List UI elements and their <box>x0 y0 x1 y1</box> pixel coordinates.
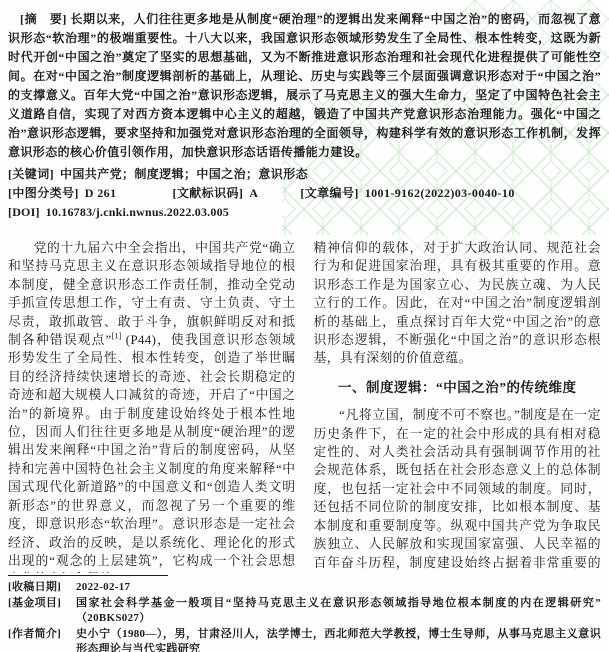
fund-project-value: 国家社会科学基金一般项目“坚持马克思主义在意识形态领域指导地位根本制度的内在逻辑… <box>76 597 601 625</box>
author-bio-label: [作者简介] <box>8 627 61 643</box>
paragraph-2: “凡将立国，制度不可不察也。”制度是在一定历史条件下，在一定的社会中形成的具有相… <box>314 406 602 573</box>
section-heading-1: 一、制度逻辑：“中国之治”的传统维度 <box>314 379 602 397</box>
clc-value: D 261 <box>85 186 117 200</box>
paragraph-1-text-pre: 党的十九届六中全会指出，中国共产党“确立和坚持马克思主义在意识形态领域指导地位的… <box>8 241 296 347</box>
body-columns: 党的十九届六中全会指出，中国共产党“确立和坚持马克思主义在意识形态领域指导地位的… <box>8 239 601 573</box>
doi-label: [DOI] <box>8 205 40 219</box>
footnote-divider <box>8 575 168 576</box>
paragraph-1-continuation: 精神信仰的载体，对于扩大政治认同、规范社会行为和促进国家治理，具有极其重要的作用… <box>314 239 602 368</box>
fund-project: [基金项目]国家社会科学基金一般项目“坚持马克思主义在意识形态领域指导地位根本制… <box>8 596 601 627</box>
keywords-line: [关键词]中国共产党；制度逻辑；中国之治；意识形态 <box>8 165 601 184</box>
author-bio: [作者简介]史小宁（1980—），男，甘肃泾川人，法学博士，西北师范大学教授，博… <box>8 627 601 652</box>
author-bio-value: 史小宁（1980—），男，甘肃泾川人，法学博士，西北师范大学教授，博士生导师，从… <box>76 628 601 652</box>
abstract-text: 长期以来，人们往往更多地是从制度“硬治理”的逻辑出发来阐释“中国之治”的密码，而… <box>8 12 601 159</box>
document-code-label: [文献标识码] <box>172 186 243 200</box>
citation-ref-1: [1] <box>112 331 122 341</box>
paragraph-1: 党的十九届六中全会指出，中国共产党“确立和坚持马克思主义在意识形态领域指导地位的… <box>8 239 296 573</box>
clc-number: [中图分类号]D 261 <box>8 184 116 203</box>
left-column: 党的十九届六中全会指出，中国共产党“确立和坚持马克思主义在意识形态领域指导地位的… <box>8 239 296 573</box>
keywords-label: [关键词] <box>8 167 54 181</box>
abstract: [摘 要] 长期以来，人们往往更多地是从制度“硬治理”的逻辑出发来阐释“中国之治… <box>8 10 601 162</box>
right-column: 精神信仰的载体，对于扩大政治认同、规范社会行为和促进国家治理，具有极其重要的作用… <box>314 239 602 573</box>
clc-label: [中图分类号] <box>8 186 79 200</box>
article-number-value: 1001-9162(2022)03-0040-10 <box>365 186 515 200</box>
footnote-block: [收稿日期]2022-02-17 [基金项目]国家社会科学基金一般项目“坚持马克… <box>8 575 601 652</box>
abstract-label: [摘 要] <box>20 12 67 26</box>
article-number-label: [文章编号] <box>300 186 358 200</box>
fund-project-label: [基金项目] <box>8 596 61 612</box>
document-code: [文献标识码]A <box>172 184 258 203</box>
keywords-text: 中国共产党；制度逻辑；中国之治；意识形态 <box>60 167 308 181</box>
doi-value: 10.16783/j.cnki.nwnus.2022.03.005 <box>46 205 229 219</box>
document-code-value: A <box>249 186 258 200</box>
paragraph-1-text-post: (P44)，使我国意识形态领域形势发生了全局性、根本性转变，创造了举世瞩目的经济… <box>8 333 296 573</box>
received-date-label: [收稿日期] <box>8 580 61 596</box>
frontmatter: [摘 要] 长期以来，人们往往更多地是从制度“硬治理”的逻辑出发来阐释“中国之治… <box>8 10 601 222</box>
journal-article-page: [摘 要] 长期以来，人们往往更多地是从制度“硬治理”的逻辑出发来阐释“中国之治… <box>0 0 609 652</box>
classification-line: [中图分类号]D 261 [文献标识码]A [文章编号]1001-9162(20… <box>8 184 601 203</box>
article-number: [文章编号]1001-9162(2022)03-0040-10 <box>300 184 514 203</box>
received-date: [收稿日期]2022-02-17 <box>8 580 601 596</box>
received-date-value: 2022-02-17 <box>76 581 130 593</box>
doi-line: [DOI]10.16783/j.cnki.nwnus.2022.03.005 <box>8 203 601 222</box>
